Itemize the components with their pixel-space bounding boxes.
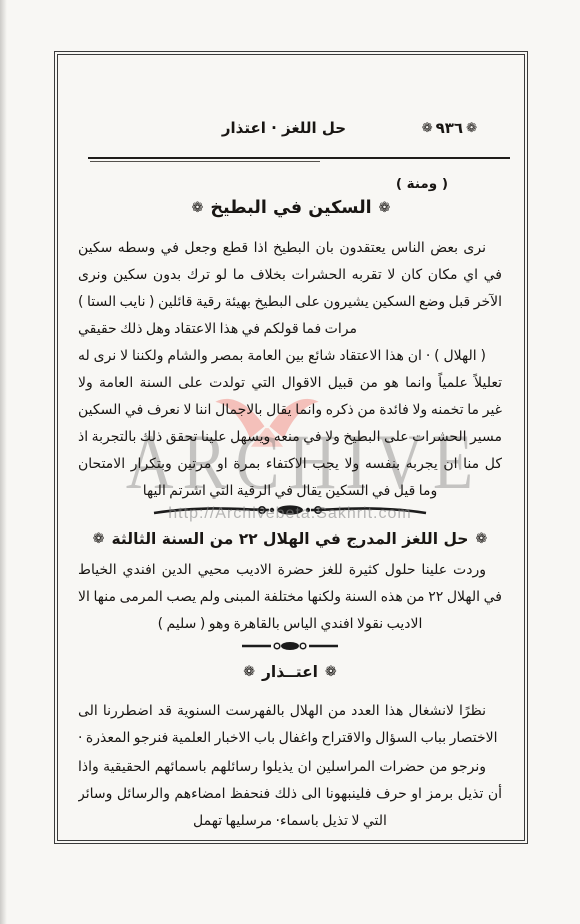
rosette-icon: ❁	[379, 200, 391, 216]
scanned-magazine-page: { "header": { "running_head": "حل اللغز …	[0, 0, 580, 924]
text-line: أن تذيل برمز او حرف فلينبهونا الى ذلك فن…	[78, 781, 502, 808]
rosette-icon: ❁	[192, 200, 204, 216]
text-line: نرى بعض الناس يعتقدون بان البطيخ اذا قطع…	[78, 235, 502, 262]
continuation-note: ( ومنة )	[396, 176, 448, 192]
text-line: التي لا تذيل باسماء· مرسليها تهمل	[78, 808, 502, 835]
text-line: مرات فما قولكم في هذا الاعتقاد وهل ذلك ح…	[78, 316, 502, 343]
article-title-knife: ❁السكين في البطيخ❁	[58, 198, 524, 218]
text-line: في الهلال ٢٢ من هذه السنة ولكنها مختلفة …	[78, 584, 502, 611]
page-number: ❁٩٣٦❁	[419, 119, 480, 137]
rosette-icon: ❁	[422, 121, 433, 136]
page-number-value: ٩٣٦	[436, 119, 463, 137]
text-line: ونرجو من حضرات المراسلين ان يذيلوا رسائل…	[78, 754, 502, 781]
text-line: غير ما تخمنه ولا فائدة من ذكره وانما يقا…	[78, 397, 502, 424]
paragraph-puzzle-solution: وردت علينا حلول كثيرة للغز حضرة الاديب م…	[78, 557, 502, 638]
running-head: حل اللغز · اعتذار	[154, 119, 414, 137]
rosette-icon: ❁	[93, 531, 105, 547]
paragraph-apology-index: نظرًا لانشغال هذا العدد من الهلال بالفهر…	[78, 698, 502, 752]
text-line: مسير الحشرات على البطيخ ولا في منعه ويسه…	[78, 424, 502, 451]
paragraph-answer: ( الهلال ) · ان هذا الاعتقاد شائع بين ال…	[78, 343, 502, 505]
rosette-icon: ❁	[475, 531, 487, 547]
section-heading-puzzle: ❁حل اللغز المدرج في الهلال ٢٢ من السنة ا…	[78, 525, 502, 553]
small-divider-ornament	[78, 640, 502, 652]
section-heading-text: حل اللغز المدرج في الهلال ٢٢ من السنة ال…	[112, 530, 469, 548]
rosette-icon: ❁	[325, 664, 337, 680]
page-frame: حل اللغز · اعتذار ❁٩٣٦❁ ( ومنة ) ❁السكين…	[54, 51, 528, 844]
text-line: الآخر قبل وضع السكين يشيرون على البطيخ ب…	[78, 289, 502, 316]
text-line: الاديب نقولا افندي الياس بالقاهرة وهو ( …	[78, 611, 502, 638]
text-line: تعليلاً علمياً وانما هو من قبيل الاقوال …	[78, 370, 502, 397]
rosette-icon: ❁	[466, 121, 477, 136]
paragraph-apology-correspondents: ونرجو من حضرات المراسلين ان يذيلوا رسائل…	[78, 754, 502, 835]
header-rule-secondary	[90, 161, 320, 162]
text-line: نظرًا لانشغال هذا العدد من الهلال بالفهر…	[78, 698, 502, 725]
article-title-text: السكين في البطيخ	[210, 198, 371, 218]
text-line: كل منا ان يجربه بنفسه ولا يجب الاكتفاء ب…	[78, 451, 502, 478]
text-line: في اي مكان كان لا تقربه الحشرات بخلاف ما…	[78, 262, 502, 289]
section-heading-text: اعتــذار	[262, 663, 318, 681]
header-rule	[88, 157, 510, 159]
rosette-icon: ❁	[243, 664, 255, 680]
text-line: الاختصار بباب السؤال والاقتراح واغفال با…	[78, 725, 502, 752]
body-column: نرى بعض الناس يعتقدون بان البطيخ اذا قطع…	[78, 235, 502, 835]
watermark-url-text: http://Archivebeta.Sakhrit.com	[0, 505, 580, 523]
paragraph-question: نرى بعض الناس يعتقدون بان البطيخ اذا قطع…	[78, 235, 502, 343]
section-heading-apology: ❁اعتــذار❁	[78, 658, 502, 686]
text-line: ( الهلال ) · ان هذا الاعتقاد شائع بين ال…	[78, 343, 502, 370]
text-line: وردت علينا حلول كثيرة للغز حضرة الاديب م…	[78, 557, 502, 584]
